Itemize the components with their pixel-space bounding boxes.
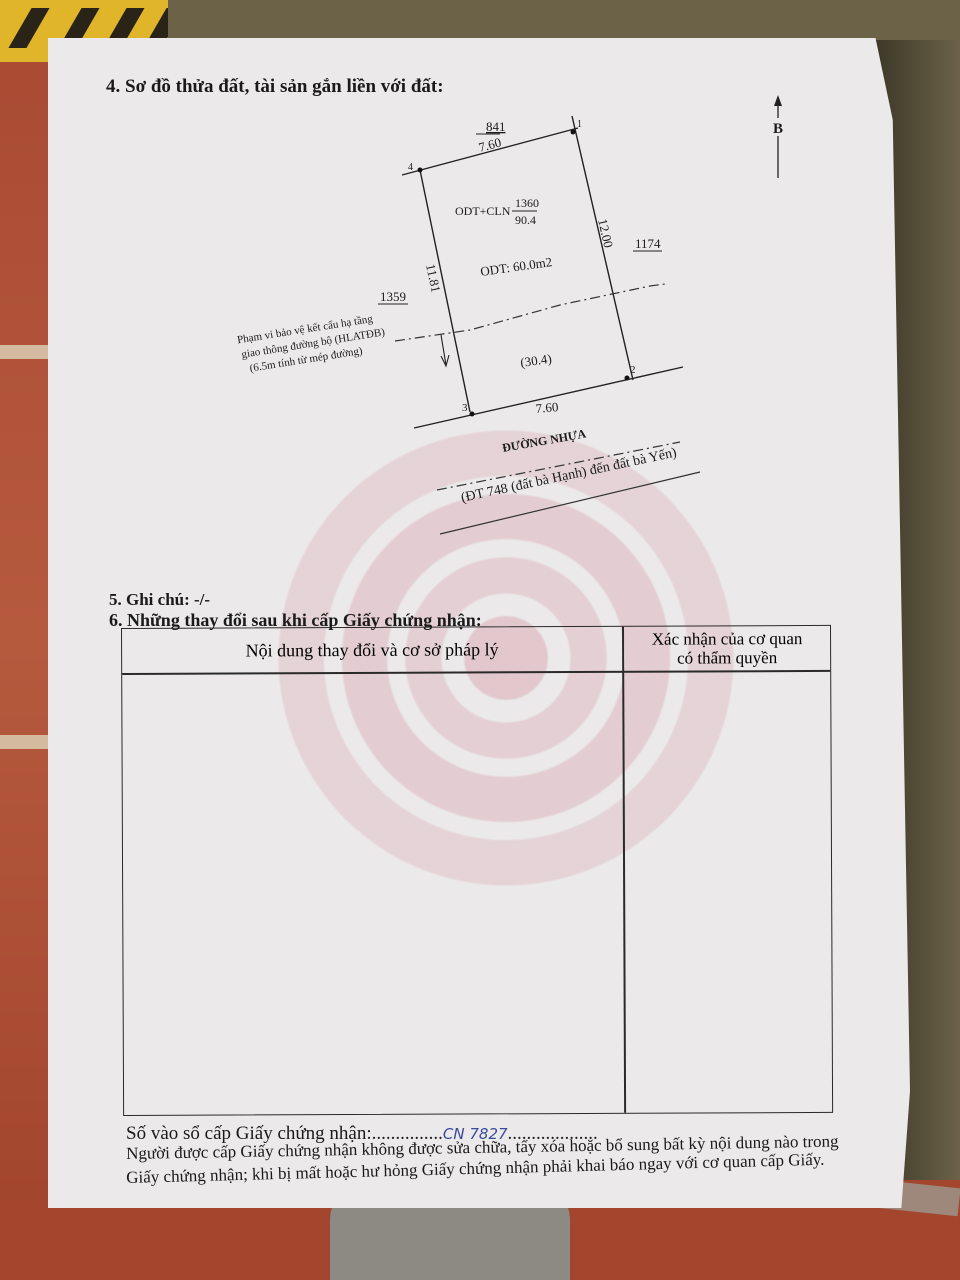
svg-text:4: 4: [408, 162, 413, 173]
svg-text:2: 2: [630, 364, 636, 376]
north-label: B: [773, 121, 783, 137]
svg-text:12.00: 12.00: [595, 217, 616, 249]
svg-text:ODT: 60.0m2: ODT: 60.0m2: [479, 254, 553, 279]
changes-table: Nội dung thay đổi và cơ sở pháp lý Xác n…: [121, 625, 833, 1116]
svg-text:3: 3: [462, 402, 468, 414]
svg-text:ODT+CLN: ODT+CLN: [455, 204, 511, 218]
table-column-divider: [622, 627, 626, 1113]
svg-text:7.60: 7.60: [477, 135, 503, 155]
svg-text:1359: 1359: [380, 289, 406, 304]
svg-text:(30.4): (30.4): [519, 351, 552, 370]
north-arrow-icon: B: [770, 95, 786, 178]
svg-text:841: 841: [486, 119, 506, 134]
svg-text:1360: 1360: [515, 196, 539, 210]
page-content: 4. Sơ đồ thửa đất, tài sản gắn liền với …: [0, 0, 960, 1280]
header-change-content: Nội dung thay đổi và cơ sở pháp lý: [122, 627, 622, 673]
svg-text:90.4: 90.4: [515, 213, 536, 227]
edge-south: [414, 367, 683, 428]
svg-text:1: 1: [577, 119, 582, 130]
protection-boundary-line: [395, 284, 665, 341]
section-5-title: 5. Ghi chú: -/-: [109, 590, 210, 610]
svg-text:(ĐT 748 (đất bà Hạnh) đến đất: (ĐT 748 (đất bà Hạnh) đến đất bà Yến): [460, 445, 679, 505]
svg-text:7.60: 7.60: [535, 399, 559, 416]
svg-text:ĐƯỜNG NHỰA: ĐƯỜNG NHỰA: [501, 426, 587, 455]
header-authority-confirmation: Xác nhận của cơ quan có thẩm quyền: [624, 626, 830, 671]
svg-text:1174: 1174: [635, 236, 661, 251]
